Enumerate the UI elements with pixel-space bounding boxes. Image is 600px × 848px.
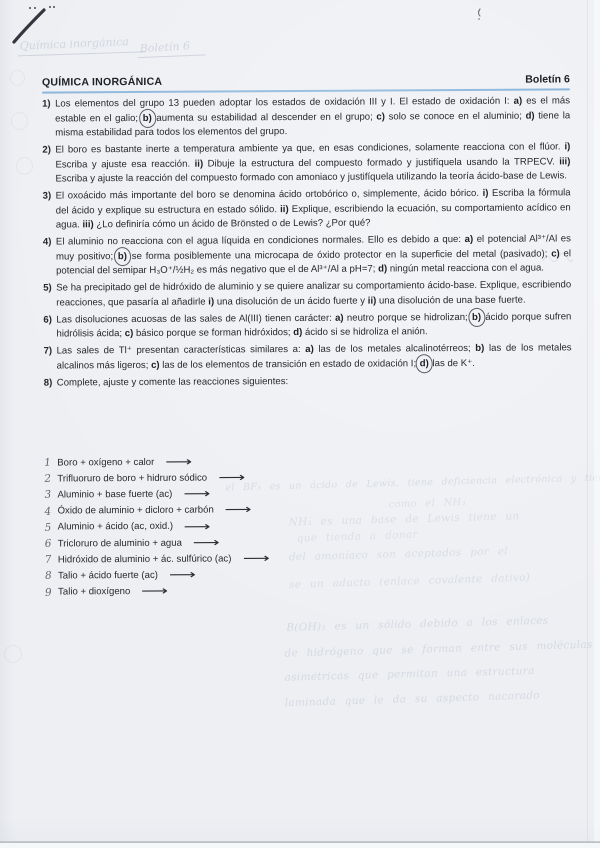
long-arrow-icon: ⟶ [193,536,220,549]
handwritten-index: 7 [44,553,58,566]
handwritten-index: 2 [44,472,58,485]
pencil-underline [138,54,206,58]
scanned-worksheet-page: Química inorgánica Boletín 6 QUÍMICA INO… [0,0,600,848]
header-rule [42,88,570,93]
pencil-annotation: de hidrógeno que se forman entre sus mol… [284,639,592,660]
paper-edge-highlight [594,0,600,848]
long-arrow-icon: ⟶ [184,520,211,533]
question-item: 4)El aluminio no reacciona con el agua l… [43,232,571,279]
question-marker: 3) [43,190,52,205]
hand-circled-answer: b) [471,310,482,325]
question-marker: 2) [42,144,51,159]
handwritten-index: 3 [44,489,58,502]
long-arrow-icon: ⟶ [141,585,168,598]
questions-list: 1)Los elementos del grupo 13 pueden adop… [42,94,572,393]
question-marker: 1) [42,98,51,113]
handwritten-index: 4 [44,505,58,518]
reaction-text: Trifluoruro de boro + hidruro sódico [57,472,207,484]
question-text: Las disoluciones acuosas de las sales de… [56,311,571,340]
question-marker: 6) [43,313,52,328]
reaction-text: Hidróxido de aluminio + ác. sulfúrico (a… [58,553,232,565]
hand-circled-answer: b) [142,111,153,126]
long-arrow-icon: ⟶ [242,552,269,565]
question-marker: 5) [43,282,52,297]
long-arrow-icon: ⟶ [225,504,252,517]
question-item: 8)Complete, ajuste y comente las reaccio… [44,373,572,391]
question-text: Complete, ajuste y comente las reaccione… [57,376,289,388]
pencil-underline [18,51,146,56]
paper-edge [0,843,600,848]
ink-speck [475,8,485,22]
page-content: Química inorgánica Boletín 6 QUÍMICA INO… [0,0,600,848]
pencil-title-edition: Boletín 6 [139,39,190,55]
question-marker: 7) [44,345,53,360]
question-item: 7)Las sales de Tl⁺ presentan característ… [44,341,572,373]
reaction-text: Tricloruro de aluminio + agua [58,537,182,549]
question-item: 3)El oxoácido más importante del boro se… [43,186,571,233]
reaction-text: Talio + ácido fuerte (ac) [58,570,158,582]
question-text: El boro es bastante inerte a temperatura… [55,141,570,184]
pen-stroke [6,2,68,50]
hand-circled-answer: d) [419,357,430,372]
question-text: El oxoácido más importante del boro se d… [56,187,571,230]
course-title: QUÍMICA INORGÁNICA [42,76,162,89]
question-text: El aluminio no reacciona con el agua líq… [56,233,571,276]
paper-crease [587,0,588,848]
handwritten-index: 1 [44,456,58,469]
handwritten-index: 5 [44,521,58,534]
question-item: 2)El boro es bastante inerte a temperatu… [42,140,570,187]
reaction-text: Aluminio + base fuerte (ac) [57,489,172,501]
question-item: 1)Los elementos del grupo 13 pueden adop… [42,94,570,141]
document-header: QUÍMICA INORGÁNICA Boletín 6 [42,73,570,93]
pencil-annotation: asimétricas que permitan una estructura [284,665,534,684]
hand-circled-answer: b) [117,250,128,265]
reaction-text: Boro + oxígeno + calor [57,456,154,468]
question-text: Las sales de Tl⁺ presentan característic… [57,342,572,371]
long-arrow-icon: ⟶ [169,569,196,582]
handwritten-index: 9 [45,586,59,599]
question-marker: 4) [43,236,52,251]
question-item: 5)Se ha precipitado gel de hidróxido de … [43,278,571,310]
reaction-text: Óxido de aluminio + dicloro + carbón [58,505,214,517]
reaction-text: Talio + dioxígeno [58,586,130,597]
question-item: 6)Las disoluciones acuosas de las sales … [43,310,571,342]
long-arrow-icon: ⟶ [165,456,192,469]
handwritten-index: 6 [44,537,58,550]
long-arrow-icon: ⟶ [183,488,210,501]
question-text: Se ha precipitado gel de hidróxido de al… [56,279,571,308]
question-marker: 8) [44,376,53,391]
annotations-layer: el BF₃ es un ácido de Lewis, tiene defic… [0,0,597,2]
pencil-annotation: B(OH)₃ es un sólido debido a los enlaces [286,615,549,634]
pencil-annotation: laminada que le da su aspecto nacarado [285,689,541,709]
reaction-text: Aluminio + ácido (ac, oxid.) [58,521,174,533]
handwritten-index: 8 [45,569,59,582]
bulletin-number: Boletín 6 [525,73,570,85]
question-text: Los elementos del grupo 13 pueden adopta… [55,95,570,138]
margin-scribble [541,251,575,267]
